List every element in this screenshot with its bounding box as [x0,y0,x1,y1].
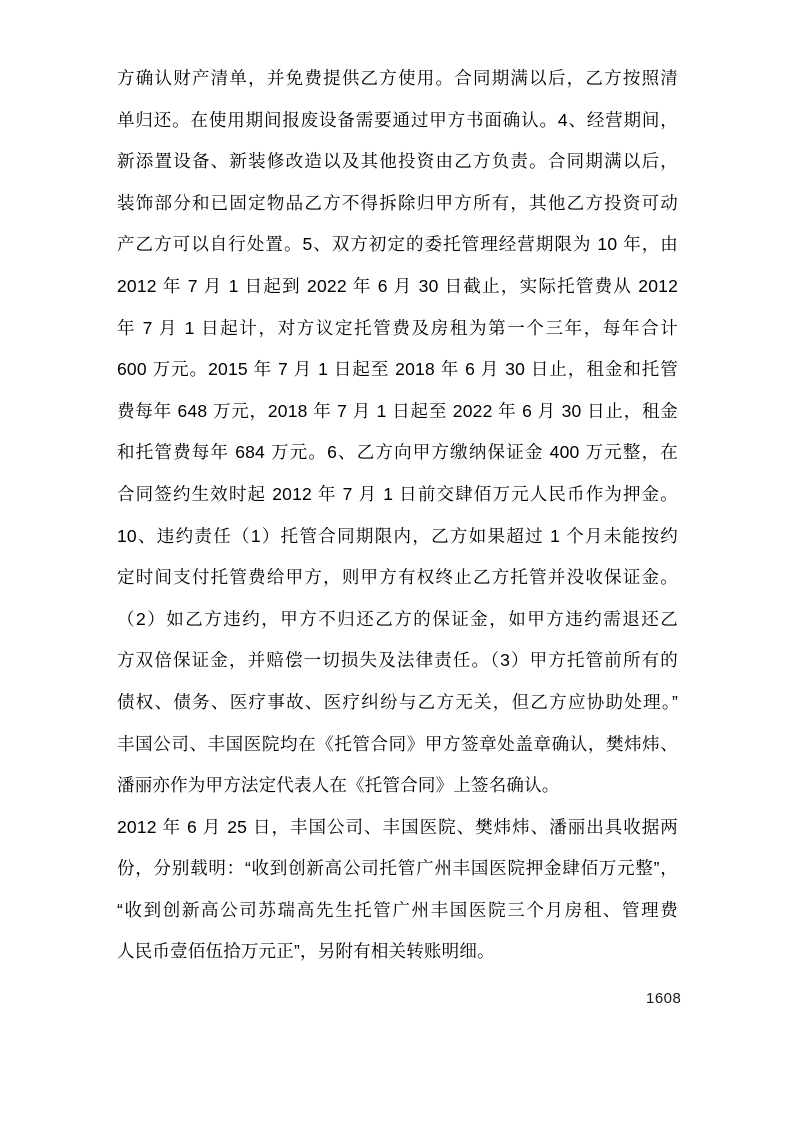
text-line: （2）如乙方违约，甲方不归还乙方的保证金，如甲方违约需退还乙 [117,599,678,641]
text-line: 2012 年 7 月 1 日起到 2022 年 6 月 30 日截止，实际托管费… [117,266,678,308]
text-line: 丰国公司、丰国医院均在《托管合同》甲方签章处盖章确认，樊炜炜、 [117,724,678,766]
page-number: 1608 [646,990,681,1008]
text-line: 合同签约生效时起 2012 年 7 月 1 日前交肆佰万元人民币作为押金。 [117,474,678,516]
text-line: 方双倍保证金，并赔偿一切损失及法律责任。（3）甲方托管前所有的 [117,640,678,682]
text-line: 费每年 648 万元，2018 年 7 月 1 日起至 2022 年 6 月 3… [117,391,678,433]
text-line: 装饰部分和已固定物品乙方不得拆除归甲方所有，其他乙方投资可动 [117,183,678,225]
document-page: 方确认财产清单，并免费提供乙方使用。合同期满以后，乙方按照清 单归还。在使用期间… [0,0,793,1122]
text-line: 潘丽亦作为甲方法定代表人在《托管合同》上签名确认。 [117,765,678,807]
text-line: 单归还。在使用期间报废设备需要通过甲方书面确认。4、经营期间， [117,100,678,142]
text-line: 定时间支付托管费给甲方，则甲方有权终止乙方托管并没收保证金。 [117,557,678,599]
text-line: 年 7 月 1 日起计，对方议定托管费及房租为第一个三年，每年合计 [117,308,678,350]
text-line: 方确认财产清单，并免费提供乙方使用。合同期满以后，乙方按照清 [117,58,678,100]
text-line: “收到创新高公司苏瑞高先生托管广州丰国医院三个月房租、管理费 [117,890,678,932]
text-line: 600 万元。2015 年 7 月 1 日起至 2018 年 6 月 30 日止… [117,349,678,391]
text-line: 债权、债务、医疗事故、医疗纠纷与乙方无关，但乙方应协助处理。” [117,682,678,724]
text-line: 份，分别载明：“收到创新高公司托管广州丰国医院押金肆佰万元整”， [117,848,678,890]
text-line: 新添置设备、新装修改造以及其他投资由乙方负责。合同期满以后， [117,141,678,183]
text-line: 10、违约责任（1）托管合同期限内，乙方如果超过 1 个月未能按约 [117,516,678,558]
document-body-text: 方确认财产清单，并免费提供乙方使用。合同期满以后，乙方按照清 单归还。在使用期间… [117,58,678,973]
text-line: 2012 年 6 月 25 日，丰国公司、丰国医院、樊炜炜、潘丽出具收据两 [117,807,678,849]
text-line: 产乙方可以自行处置。5、双方初定的委托管理经营期限为 10 年，由 [117,224,678,266]
text-line: 人民币壹佰伍拾万元正”，另附有相关转账明细。 [117,931,678,973]
text-line: 和托管费每年 684 万元。6、乙方向甲方缴纳保证金 400 万元整，在 [117,432,678,474]
